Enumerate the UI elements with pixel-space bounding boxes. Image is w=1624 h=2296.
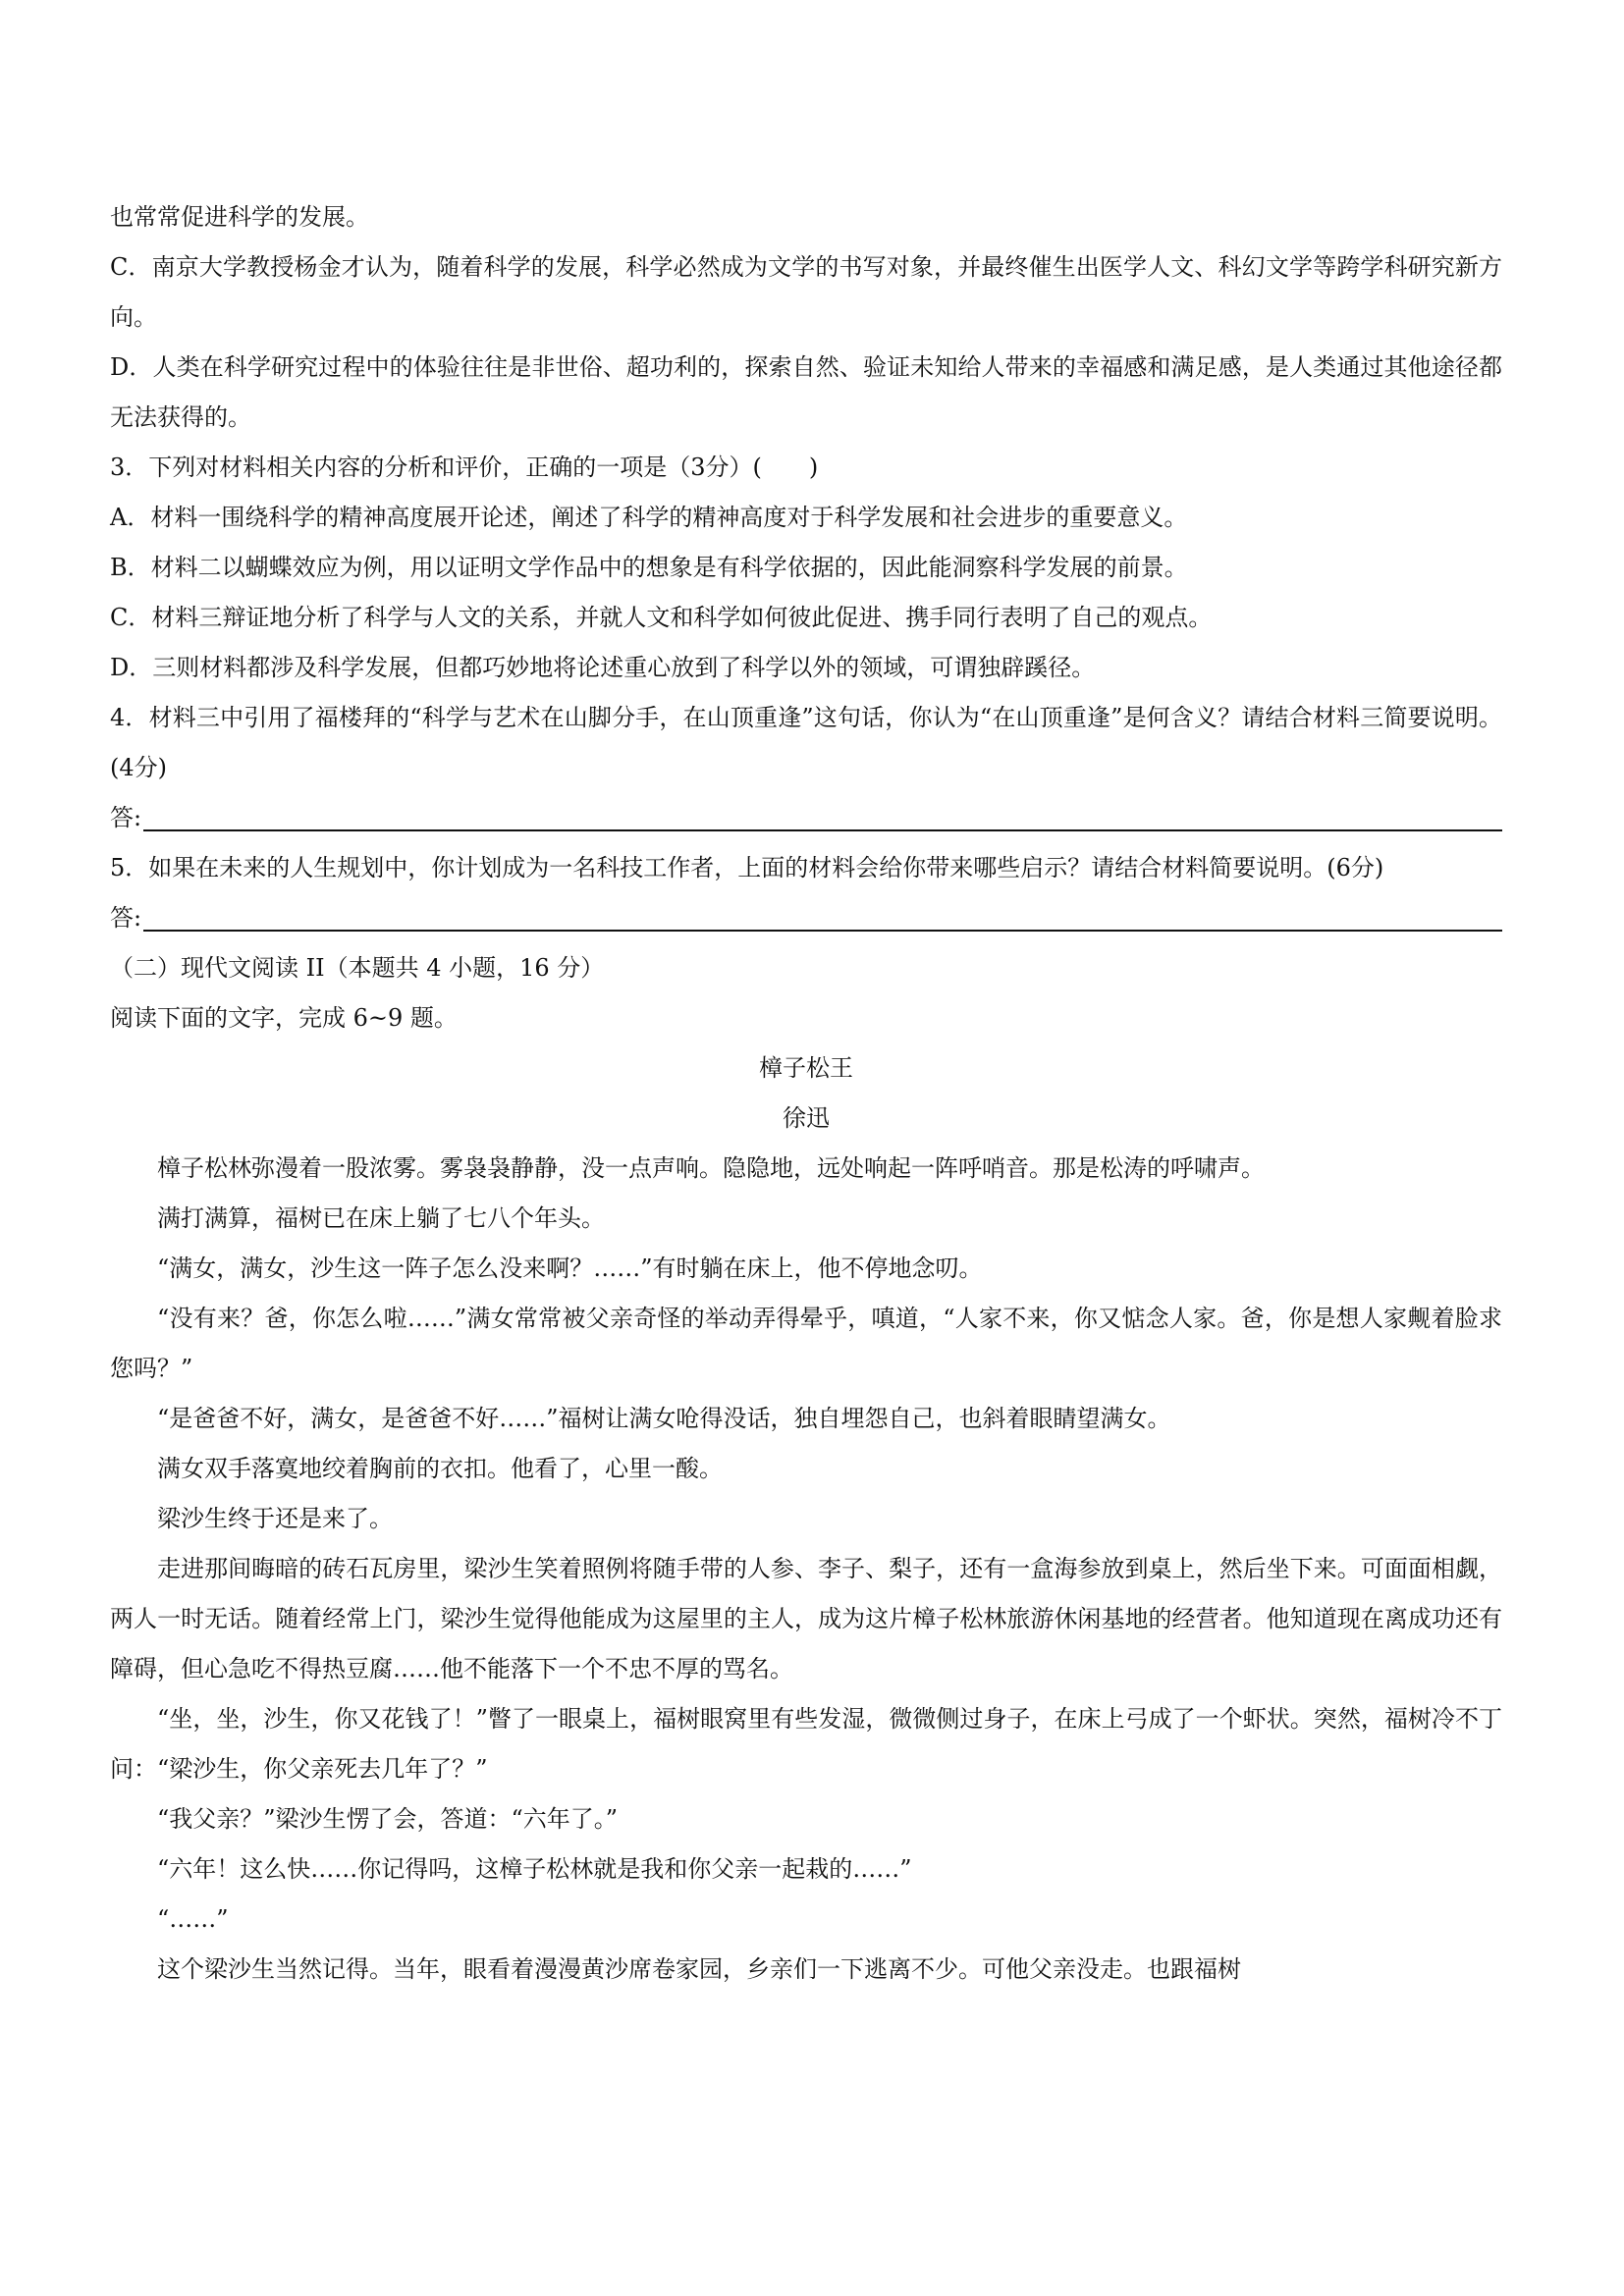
option-text: 材料二以蝴蝶效应为例，用以证明文学作品中的想象是有科学依据的，因此能洞察科学发展… [151,554,1188,581]
option-label: C． [110,604,151,631]
story-paragraph: “没有来？爸，你怎么啦……”满女常常被父亲奇怪的举动弄得晕乎，嗔道，“人家不来，… [110,1294,1502,1394]
q3-option-a: A．材料一围绕科学的精神高度展开论述，阐述了科学的精神高度对于科学发展和社会进步… [110,493,1502,543]
option-text: 人类在科学研究过程中的体验往往是非世俗、超功利的，探索自然、验证未知给人带来的幸… [110,353,1502,431]
q4-stem: 4．材料三中引用了福楼拜的“科学与艺术在山脚分手，在山顶重逢”这句话，你认为“在… [110,693,1502,793]
option-label: B． [110,554,151,581]
q5-answer-line[interactable] [143,930,1502,932]
q4-answer-line[interactable] [143,829,1502,831]
story-paragraph: “六年！这么快……你记得吗，这樟子松林就是我和你父亲一起栽的……” [110,1844,1502,1895]
option-label: C． [110,253,152,281]
option-text: 南京大学教授杨金才认为，随着科学的发展，科学必然成为文学的书写对象，并最终催生出… [110,253,1502,331]
exam-page: 也常常促进科学的发展。 C．南京大学教授杨金才认为，随着科学的发展，科学必然成为… [110,192,1502,1995]
option-text: 材料一围绕科学的精神高度展开论述，阐述了科学的精神高度对于科学发展和社会进步的重… [150,504,1187,531]
scan-mark [1086,71,1090,77]
story-paragraph: 梁沙生终于还是来了。 [110,1494,1502,1544]
section2-instruction: 阅读下面的文字，完成 6~9 题。 [110,993,1502,1043]
q4-answer-row: 答: [110,793,1502,843]
story-title: 樟子松王 [110,1043,1502,1094]
section2-heading: （二）现代文阅读 II（本题共 4 小题，16 分） [110,943,1502,993]
story-paragraph: “是爸爸不好，满女，是爸爸不好……”福树让满女呛得没话，独自埋怨自己，也斜着眼睛… [110,1394,1502,1444]
story-paragraph: 满女双手落寞地绞着胸前的衣扣。他看了，心里一酸。 [110,1444,1502,1494]
option-text: 材料三辩证地分析了科学与人文的关系，并就人文和科学如何彼此促进、携手同行表明了自… [151,604,1212,631]
q3-option-c: C．材料三辩证地分析了科学与人文的关系，并就人文和科学如何彼此促进、携手同行表明… [110,593,1502,643]
continuation-text: 也常常促进科学的发展。 [110,192,1502,242]
option-label: D． [110,654,152,681]
q5-answer-label: 答: [110,893,141,943]
story-paragraph: 走进那间晦暗的砖石瓦房里，梁沙生笑着照例将随手带的人参、李子、梨子，还有一盒海参… [110,1544,1502,1694]
option-text: 三则材料都涉及科学发展，但都巧妙地将论述重心放到了科学以外的领域，可谓独辟蹊径。 [152,654,1095,681]
q2-option-d: D．人类在科学研究过程中的体验往往是非世俗、超功利的，探索自然、验证未知给人带来… [110,343,1502,443]
q3-option-d: D．三则材料都涉及科学发展，但都巧妙地将论述重心放到了科学以外的领域，可谓独辟蹊… [110,643,1502,693]
story-paragraph: 满打满算，福树已在床上躺了七八个年头。 [110,1194,1502,1244]
q2-option-c: C．南京大学教授杨金才认为，随着科学的发展，科学必然成为文学的书写对象，并最终催… [110,242,1502,343]
q3-stem: 3．下列对材料相关内容的分析和评价，正确的一项是（3分）( ) [110,443,1502,493]
q4-answer-label: 答: [110,793,141,843]
story-paragraph: “满女，满女，沙生这一阵子怎么没来啊？……”有时躺在床上，他不停地念叨。 [110,1244,1502,1294]
story-paragraph: “坐，坐，沙生，你又花钱了！”瞥了一眼桌上，福树眼窝里有些发湿，微微侧过身子，在… [110,1694,1502,1794]
story-paragraph: 这个梁沙生当然记得。当年，眼看着漫漫黄沙席卷家园，乡亲们一下逃离不少。可他父亲没… [110,1945,1502,1995]
option-label: D． [110,353,152,381]
story-paragraph: 樟子松林弥漫着一股浓雾。雾袅袅静静，没一点声响。隐隐地，远处响起一阵呼哨音。那是… [110,1144,1502,1194]
story-paragraph: “……” [110,1895,1502,1945]
q3-option-b: B．材料二以蝴蝶效应为例，用以证明文学作品中的想象是有科学依据的，因此能洞察科学… [110,543,1502,593]
q5-answer-row: 答: [110,893,1502,943]
story-author: 徐迅 [110,1094,1502,1144]
q5-stem: 5．如果在未来的人生规划中，你计划成为一名科技工作者，上面的材料会给你带来哪些启… [110,843,1502,893]
option-label: A． [110,504,150,531]
story-paragraph: “我父亲？”梁沙生愣了会，答道：“六年了。” [110,1794,1502,1844]
